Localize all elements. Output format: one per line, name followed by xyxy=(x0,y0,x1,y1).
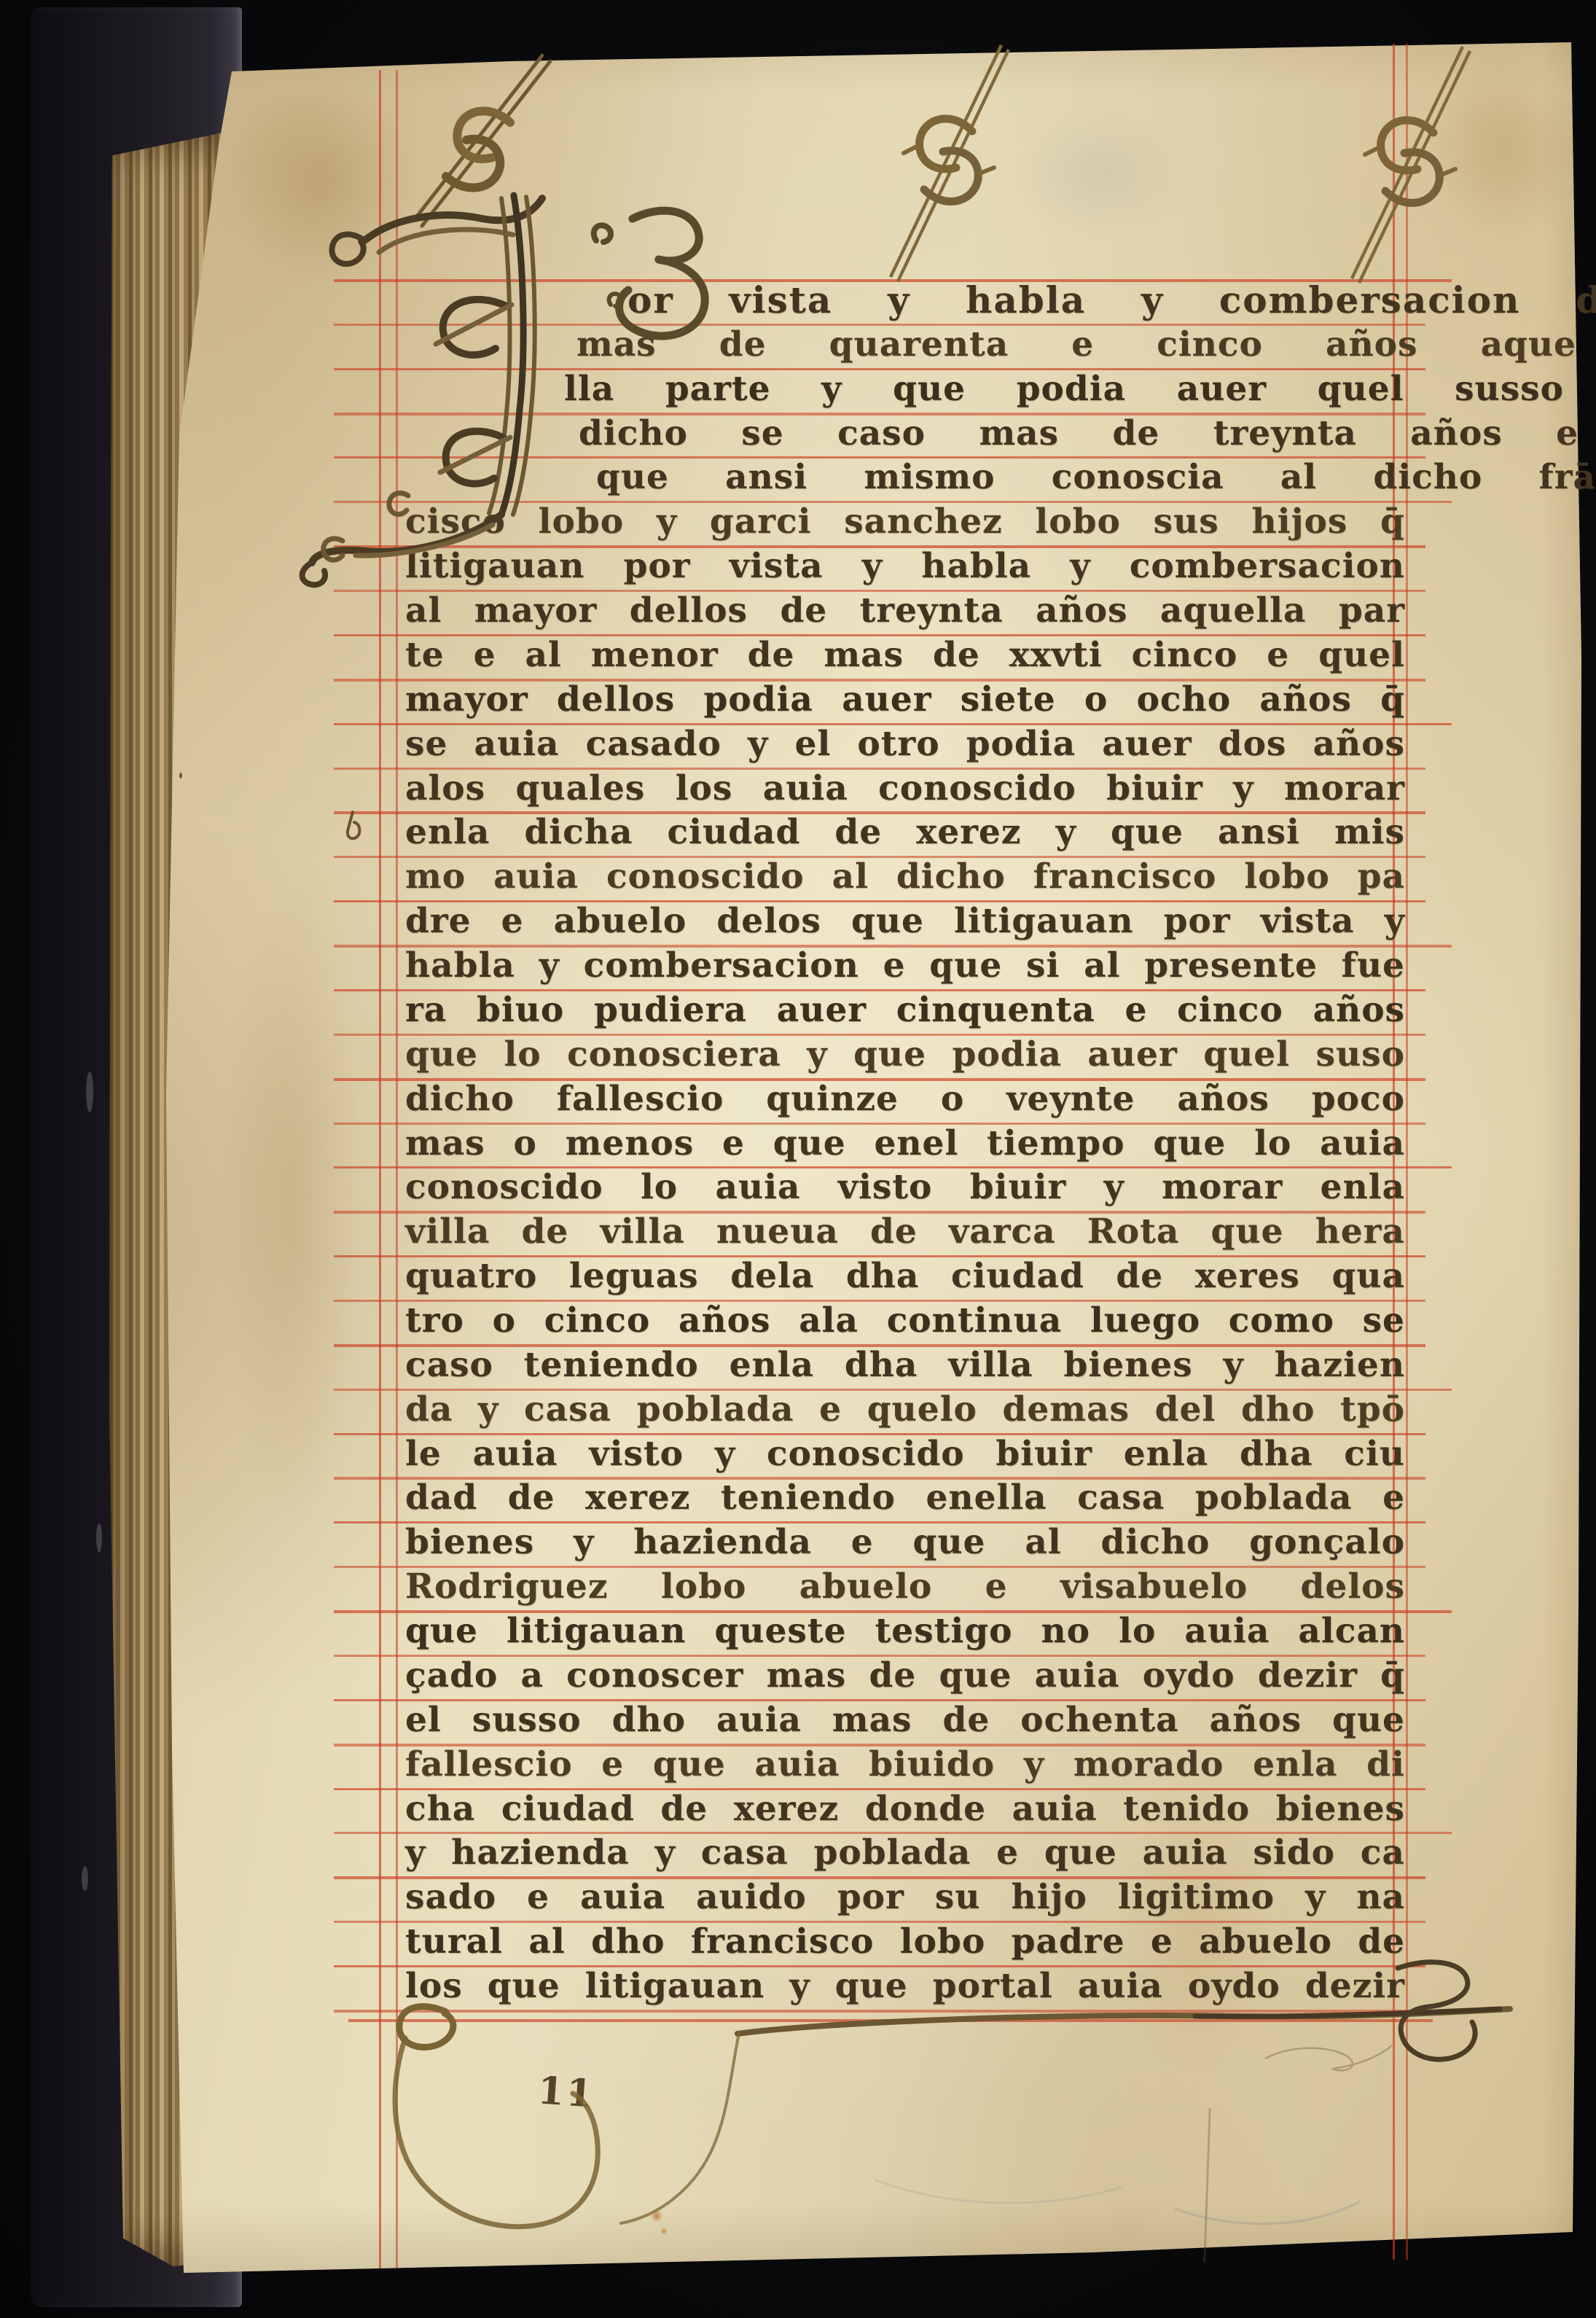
manuscript-line: elsussodhoauiamasdeochentaañosque xyxy=(405,1699,1405,1744)
photo-backdrop: orvistayhablaycombersaciondemasdequarent… xyxy=(0,0,1596,2318)
manuscript-line: fallescioequeauiabiuidoymoradoenladi xyxy=(405,1744,1405,1788)
manuscript-line: villadevillanueuadevarcaRotaquehera xyxy=(405,1211,1405,1255)
manuscript-line: masdequarentaecincoañosaque xyxy=(405,324,1576,368)
manuscript-line: sadoeauiaauidoporsuhijoligitimoyna xyxy=(405,1876,1405,1921)
manuscript-line: yhaziendaycasapobladaequeauiasidoca xyxy=(405,1832,1405,1876)
manuscript-line: conoscidoloauiavistobiuirymorarenla xyxy=(405,1166,1405,1211)
manuscript-line: mayordellospodiaauersieteoochoañosq̄ xyxy=(405,679,1405,723)
manuscript-line: teealmenordemasdexxvticincoequel xyxy=(405,634,1405,679)
manuscript-line: litigauanporvistayhablaycombersacion xyxy=(405,545,1405,590)
ruling-line-horizontal xyxy=(334,2010,1425,2013)
manuscript-line: llaparteyquepodiaauerquelsusso xyxy=(405,368,1564,413)
ruling-line-horizontal xyxy=(348,2019,1433,2022)
folio-number: 11 xyxy=(536,2068,596,2116)
manuscript-line: almayordellosdetreyntaañosaquellapar xyxy=(405,590,1405,634)
manuscript-line: orvistayhablaycombersacionde xyxy=(405,279,1596,324)
manuscript-line: quatroleguasdeladhaciudaddexeresqua xyxy=(405,1255,1405,1300)
manuscript-line: leauiavistoyconoscidobiuirenladhaciu xyxy=(405,1433,1405,1478)
manuscript-line: quelitigauanquestetestigonoloauiaalcan xyxy=(405,1610,1405,1655)
manuscript-line: seauiacasadoyelotropodiaauerdosaños xyxy=(405,723,1405,768)
manuscript-line: troocincoañosalacontinualuegocomose xyxy=(405,1300,1405,1344)
manuscript-line: alosqualeslosauiaconoscidobiuirymorar xyxy=(405,768,1405,812)
manuscript-line: çadoaconoscermasdequeauiaoydodezirq̄ xyxy=(405,1655,1405,1699)
manuscript-line: daddexerezteniendoenellacasapobladae xyxy=(405,1477,1405,1521)
manuscript-line: hablaycombersacionequesialpresentefue xyxy=(405,945,1405,989)
ruling-line-vertical xyxy=(379,70,381,2268)
manuscript-line: dichosecasomasdetreyntaañose xyxy=(405,413,1579,457)
manuscript-line: rabiuopudieraauercinquentaecincoaños xyxy=(405,989,1405,1034)
manuscript-line: queloconoscierayquepodiaauerquelsuso xyxy=(405,1034,1405,1078)
manuscript-line: queansimismoconosciaaldichofrā xyxy=(405,456,1596,501)
manuscript-line: chaciudaddexerezdondeauiatenidobienes xyxy=(405,1788,1405,1833)
manuscript-line: enladichaciudaddexerezyqueansimis xyxy=(405,811,1405,856)
manuscript-line: dichofallescioquinzeoveynteañospoco xyxy=(405,1078,1405,1123)
manuscript-line: bienesyhaziendaequealdichogonçalo xyxy=(405,1521,1405,1566)
manuscript-line: masomenosequeeneltiempoqueloauia xyxy=(405,1123,1405,1167)
manuscript-line: dreeabuelodelosquelitigauanporvistay xyxy=(405,900,1405,945)
manuscript-line: turalaldhofranciscolobopadreeabuelode xyxy=(405,1921,1405,1965)
manuscript-line: losquelitigauanyqueportalauiaoydodezir xyxy=(405,1965,1405,2010)
manuscript-line: casoteniendoenladhavillabienesyhazien xyxy=(405,1344,1405,1389)
manuscript-line: moauiaconoscidoaldichofranciscolobopa xyxy=(405,856,1405,900)
ink-dot xyxy=(179,773,182,778)
ruling-line-vertical xyxy=(396,70,398,2268)
manuscript-line: ciscoloboygarcisanchezlobosushijosq̄ xyxy=(405,501,1405,545)
manuscript-line: Rodriguezloboabueloevisabuelodelos xyxy=(405,1566,1405,1610)
manuscript-line: daycasapobladaequelodemasdeldhotpō xyxy=(405,1389,1405,1433)
